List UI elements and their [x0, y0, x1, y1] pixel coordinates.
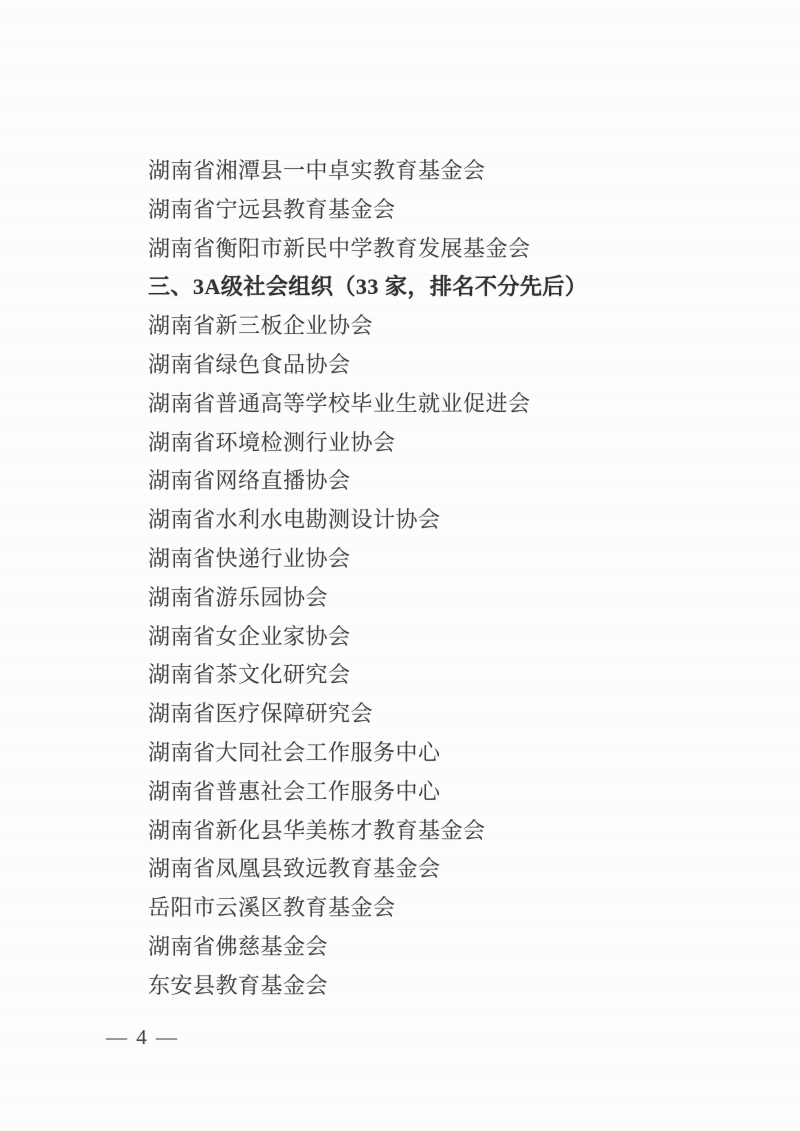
list-item: 湖南省茶文化研究会 [148, 656, 587, 695]
section-heading: 三、3A级社会组织（33 家，排名不分先后） [148, 268, 587, 307]
list-item: 湖南省湘潭县一中卓实教育基金会 [148, 152, 587, 191]
list-item: 湖南省衡阳市新民中学教育发展基金会 [148, 230, 587, 269]
list-item: 岳阳市云溪区教育基金会 [148, 889, 587, 928]
list-item: 湖南省快递行业协会 [148, 540, 587, 579]
list-item: 湖南省新化县华美栋才教育基金会 [148, 812, 587, 851]
list-item: 湖南省凤凰县致远教育基金会 [148, 850, 587, 889]
list-item: 东安县教育基金会 [148, 967, 587, 1006]
list-item: 湖南省游乐园协会 [148, 579, 587, 618]
scanned-document-page: 湖南省湘潭县一中卓实教育基金会 湖南省宁远县教育基金会 湖南省衡阳市新民中学教育… [0, 0, 800, 1131]
list-item: 湖南省水利水电勘测设计协会 [148, 501, 587, 540]
list-item: 湖南省宁远县教育基金会 [148, 191, 587, 230]
list-item: 湖南省普惠社会工作服务中心 [148, 773, 587, 812]
list-item: 湖南省普通高等学校毕业生就业促进会 [148, 385, 587, 424]
document-body: 湖南省湘潭县一中卓实教育基金会 湖南省宁远县教育基金会 湖南省衡阳市新民中学教育… [148, 152, 587, 1006]
list-item: 湖南省佛慈基金会 [148, 928, 587, 967]
list-item: 湖南省大同社会工作服务中心 [148, 734, 587, 773]
list-item: 湖南省环境检测行业协会 [148, 424, 587, 463]
list-item: 湖南省网络直播协会 [148, 462, 587, 501]
page-number: — 4 — [106, 1022, 179, 1052]
list-item: 湖南省医疗保障研究会 [148, 695, 587, 734]
list-item: 湖南省绿色食品协会 [148, 346, 587, 385]
list-item: 湖南省女企业家协会 [148, 618, 587, 657]
list-item: 湖南省新三板企业协会 [148, 307, 587, 346]
